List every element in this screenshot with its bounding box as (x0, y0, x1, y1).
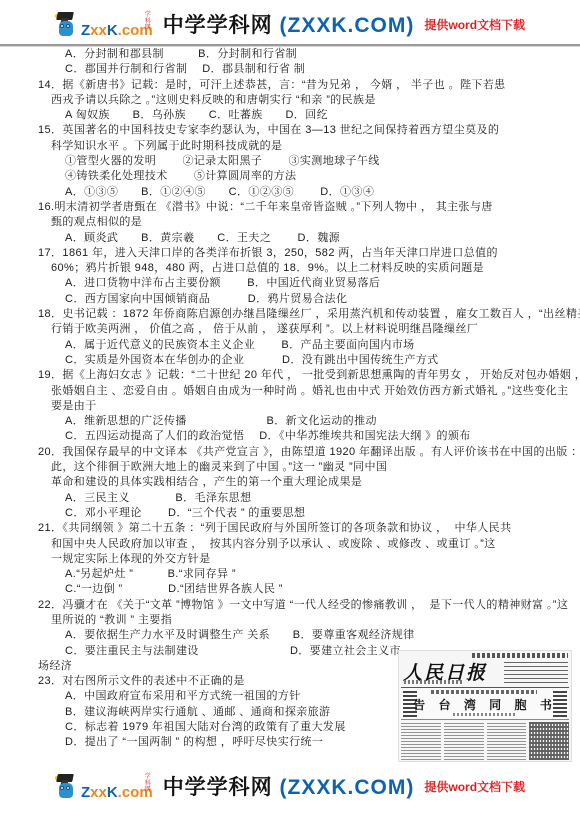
logo-superscript: 学科网 (145, 12, 155, 32)
text-line: C．郡国并行制和行省制 D．郡县制和行省 制 (65, 62, 574, 77)
logo-wordmark: ZxxK.com (81, 785, 153, 800)
zxxk-logo-footer: ZxxK.com 学科网 (55, 772, 153, 800)
text-line: ①管型火器的发明 ②记录太阳黑子 ③实测地球子午线 (65, 154, 574, 169)
text-line: 此，这个徘徊于欧洲大地上的幽灵来到了中国 。”这一 ”幽灵 ”同中国 (51, 460, 574, 475)
text-line: A．①③⑤ B．①②④⑤ C．①②③⑤ D．①③④ (65, 185, 574, 200)
site-title: 中学学科网 (ZXXK.COM) (163, 9, 415, 39)
text-line: A．进口货物中洋布占主要份额 B．中国近代商业贸易落后 (65, 276, 574, 291)
text-line: A．维新思想的广泛传播 B．新文化运动的推动 (65, 414, 574, 429)
text-line: 甄的观点相似的是 (51, 215, 574, 230)
text-line: C．五四运动提高了人们的政治觉悟 D．《中华苏维埃共和国宪法大纲 》的颁布 (65, 429, 574, 444)
logo-wordmark: ZxxK.com (81, 23, 153, 38)
text-line: C．西方国家向中国倾销商品 D．鸦片贸易合法化 (65, 292, 574, 307)
text-line: 行销于欧美两洲 ， 价值之高 ， 倍于从前 ， 遂获厚利 ”。以上材料说明继昌隆… (51, 322, 574, 337)
newspaper-column-noise (401, 722, 441, 760)
text-line: 西戎予请以兵除之 。”这则史料反映的和唐朝实行 “和亲 ”的民族是 (51, 93, 574, 108)
headline-overline-noise (431, 690, 537, 694)
text-line: A．属于近代意义的民族资本主义企业 B．产品主要面向国内市场 (65, 338, 574, 353)
text-line: 21．《共同纲领 》第二十五条 ：“列于国民政府与外国所签订的各项条款和协议 ，… (38, 521, 574, 536)
text-line: 科学知识水平 。下列属于此时期科技成就的是 (51, 139, 574, 154)
text-line: A．三民主义 B．毛泽东思想 (65, 491, 574, 506)
text-line: 19．据《上海妇女志 》记载：“二十世纪 20 年代 ， 一批受到新思想熏陶的青… (38, 368, 574, 383)
text-line: 16.明末清初学者唐甄在 《潜书》中说：“二千年来皇帝皆盗贼 。”下列人物中 ，… (38, 200, 574, 215)
gao-taiwan-tongbao-shu-headline: 告 台 湾 同 胞 书 (401, 696, 569, 713)
text-line: 17．1861 年，进入天津口岸的各类洋布折银 3，250，582 两，占当年天… (38, 246, 574, 261)
text-line: 14．据《新唐书》记载：是时，可汗上述恭甚，言：“昔为兄弟 ， 今婿 ， 半子也… (38, 78, 574, 93)
newspaper-columns (401, 722, 569, 760)
masthead-side-noise (504, 661, 568, 683)
headline-underline-noise (453, 713, 515, 716)
headline-box: 告 台 湾 同 胞 书 (401, 687, 569, 720)
text-line: 一规定实际上体现的外交方针是 (51, 552, 574, 567)
logo-superscript: 学科网 (145, 774, 155, 794)
text-line: 要是由于 (51, 399, 574, 414)
header-tagline: 提供word文档下载 (424, 16, 525, 33)
text-line: 22．冯骥才在 《关于“文革 ”博物馆 》一文中写道 “一代人经受的惨痛教训 ，… (38, 598, 574, 613)
text-line: A.“另起炉灶 ” B.“求同存异 ” (65, 567, 574, 582)
masthead-subtext-noise (404, 680, 464, 684)
exam-page: ZxxK.com 学科网 中学学科网 (ZXXK.COM) 提供word文档下载… (0, 0, 580, 820)
text-line: 15．英国著名的中国科技史专家李约瑟认为，中国在 3—13 世纪之间保持着西方望… (38, 123, 574, 138)
text-line: A．顾炎武 B．黄宗羲 C．王夫之 D．魏源 (65, 231, 574, 246)
text-line: A．要依据生产力水平及时调整生产 关系 B．要尊重客观经济规律 (65, 628, 574, 643)
zxxk-logo: ZxxK.com 学科网 (55, 10, 153, 38)
newspaper-column-noise (444, 722, 484, 760)
text-line: C．邓小平理论 D．“三个代表 ” 的重要思想 (65, 506, 574, 521)
text-line: A．分封制和郡县制 B．分封制和行省制 (65, 47, 574, 62)
text-line: 18．史书记载 ：1872 年侨商陈启源创办继昌隆缫丝厂 ，采用蒸汽机和传动装置… (38, 307, 574, 322)
footer-brandbar: ZxxK.com 学科网 中学学科网 (ZXXK.COM) 提供word文档下载 (0, 766, 580, 806)
text-line: 里所说的 “教训 ” 主要指 (51, 613, 574, 628)
mascot-graduate-icon (55, 772, 79, 800)
exam-body: A．分封制和郡县制 B．分封制和行省制C．郡国并行制和行省制 D．郡县制和行省 … (38, 47, 574, 751)
text-line: 60%；鸦片折银 948，480 两，占进口总值的 18．9%。以上二材料反映的… (51, 261, 574, 276)
text-line: 张婚姻自主 、恋爱自由 。婚姻自由成为一种时尚 。婚礼也由中式 开始效仿西方新式… (51, 384, 574, 399)
text-line: ④铸铁柔化处理技术 ⑤计算圆周率的方法 (65, 169, 574, 184)
text-line: 20．我国保存最早的中文译本 《共产党宣言 》，由陈望道 1920 年翻译出版 … (38, 445, 574, 460)
newspaper-column-noise (529, 722, 569, 760)
newspaper-figure: 人民日报 告 台 湾 同 胞 书 (398, 650, 572, 762)
text-line: 和国中央人民政府加以审查 ， 按其内容分别予以承认 、或废除 、或修改 、或重订… (51, 537, 574, 552)
footer-tagline: 提供word文档下载 (424, 778, 525, 795)
text-line: A 匈奴族 B．乌孙族 C．吐蕃族 D．回纥 (65, 108, 574, 123)
site-title-footer: 中学学科网 (ZXXK.COM) (163, 771, 415, 801)
header-brandbar: ZxxK.com 学科网 中学学科网 (ZXXK.COM) 提供word文档下载 (0, 4, 580, 44)
newspaper-column-noise (487, 722, 527, 760)
mascot-graduate-icon (55, 10, 79, 38)
text-line: 革命和建设的具体实践相结合 ，产生的第一个重大理论成果是 (51, 475, 574, 490)
text-line: C.“一边倒 ” D.“团结世界各族人民 ” (65, 582, 574, 597)
text-line: C．实质是外国资本在华创办的企业 D．没有跳出中国传统生产方式 (65, 353, 574, 368)
